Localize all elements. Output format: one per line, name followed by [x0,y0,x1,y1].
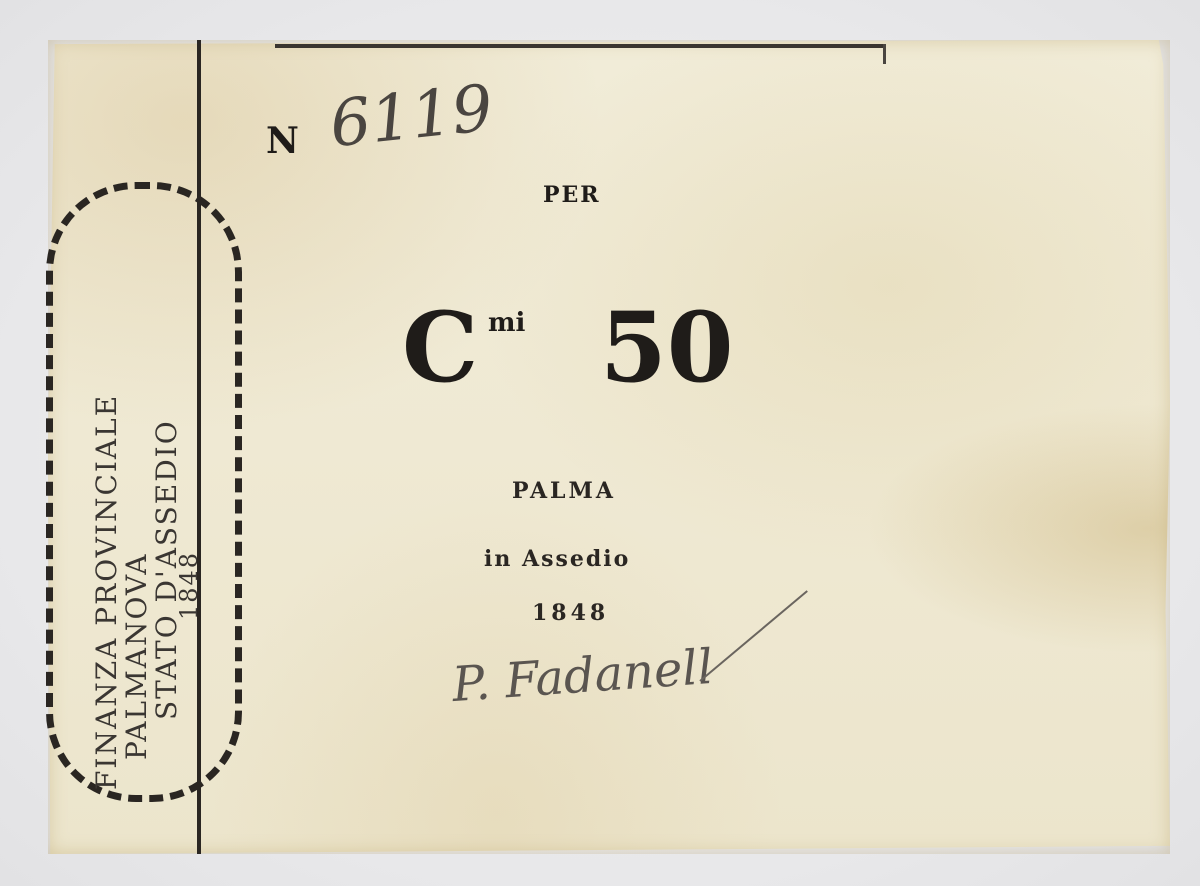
denomination-letter: C [402,300,478,396]
serial-prefix: N [266,120,299,162]
issue-year: 1848 [532,600,609,626]
place-name: PALMA [512,478,616,504]
denomination-superscript: mi [488,308,525,338]
per-label: PER [543,182,601,208]
siege-text: in Assedio [484,546,630,572]
stamp-text-line-1: FINANZA PROVINCIALE [90,394,123,790]
top-border-rule [275,44,885,48]
denomination-amount: 50 [600,300,734,396]
stamp-text-line-2: PALMANOVA [120,553,153,760]
top-border-tick [883,44,886,64]
counterfoil-divider-line [197,40,201,854]
